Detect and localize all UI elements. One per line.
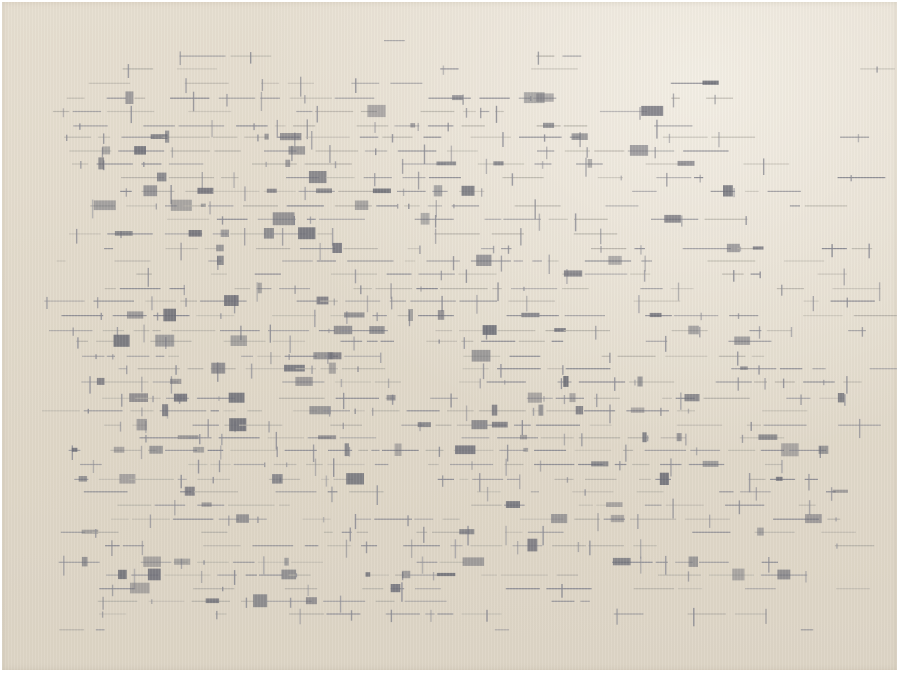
rug [2, 2, 897, 670]
distressed-grid-pattern [2, 2, 897, 670]
product-image-canvas [0, 0, 900, 673]
